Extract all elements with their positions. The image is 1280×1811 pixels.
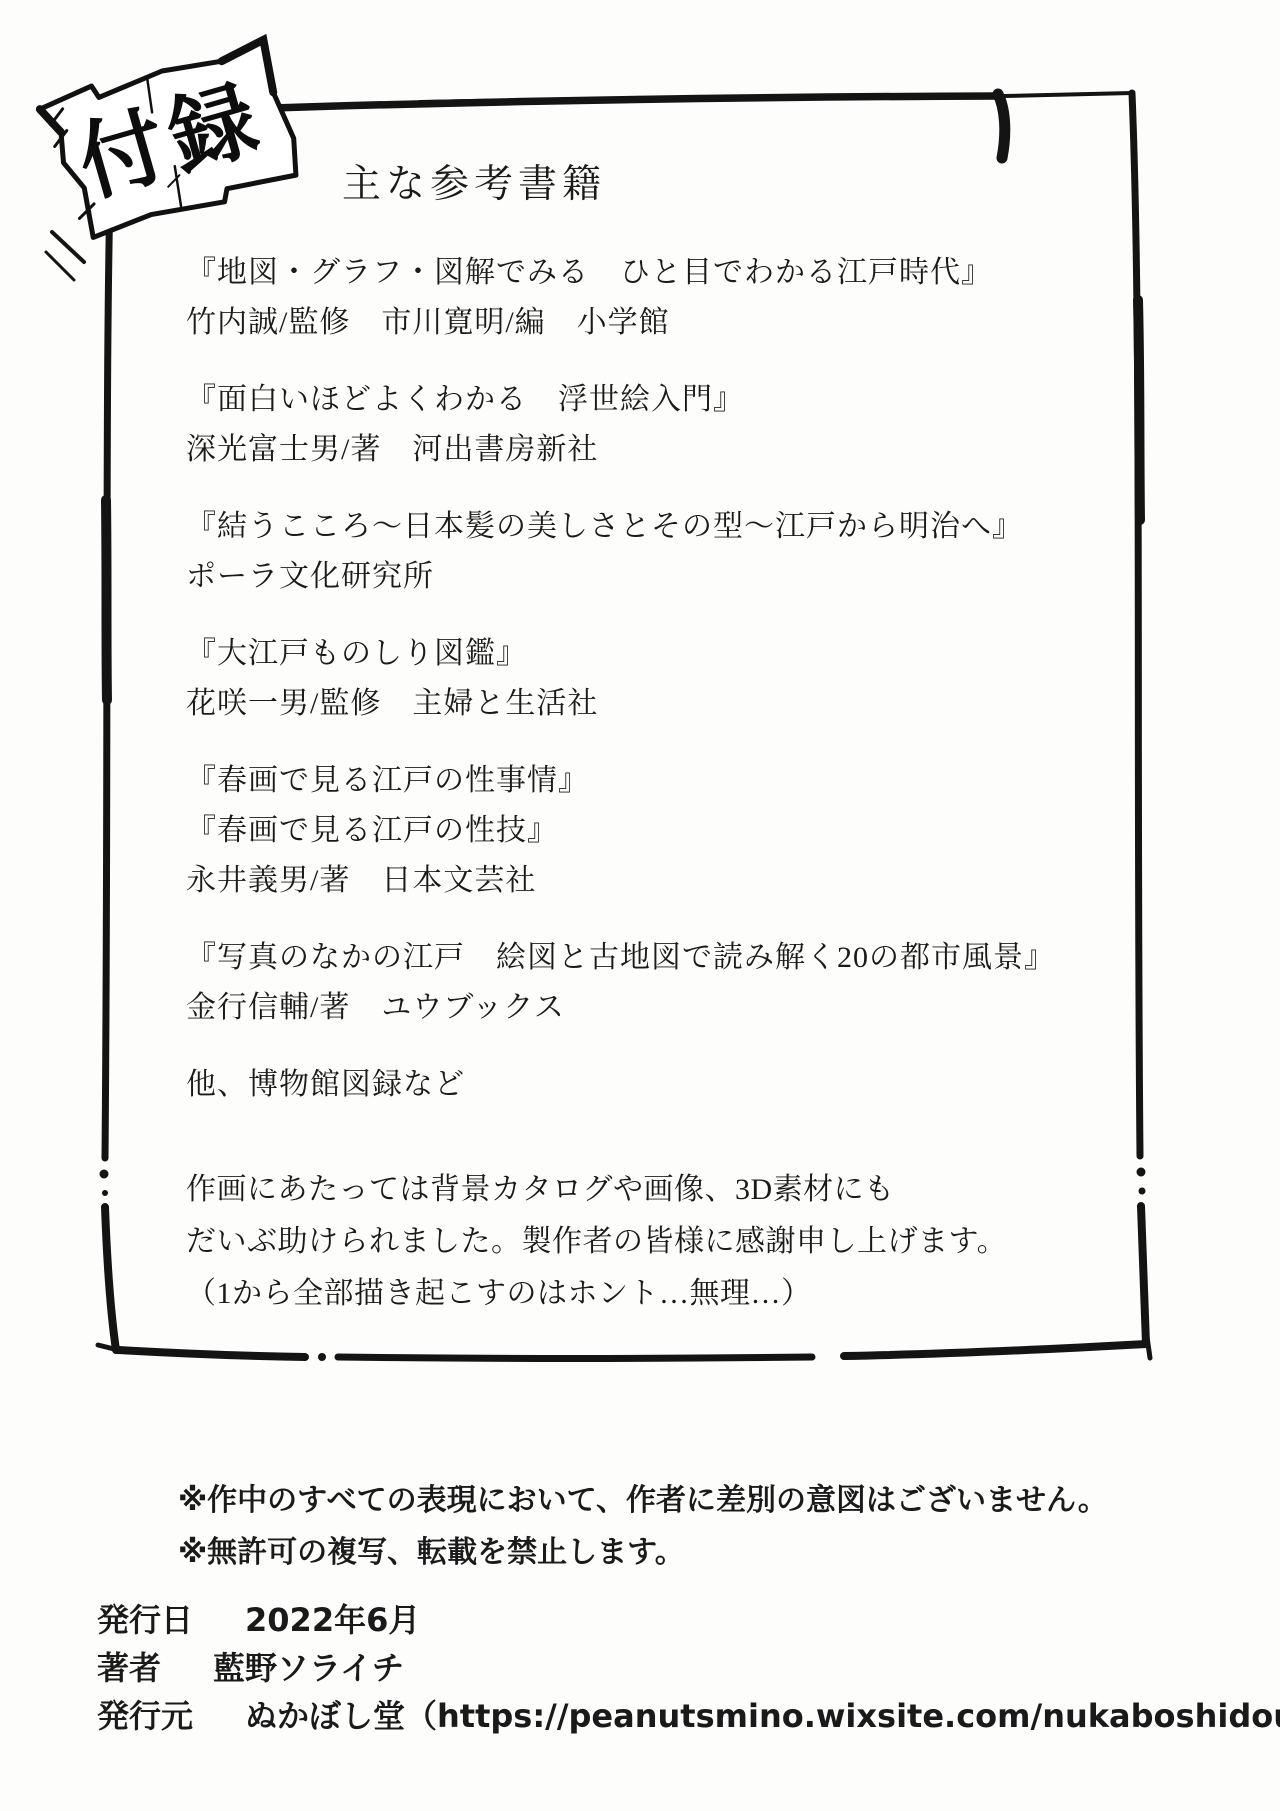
reference-entry: 『面白いほどよくわかる 浮世絵入門』 深光富士男/著 河出書房新社 <box>186 375 744 475</box>
book-credit: 花咲一男/監修 主婦と生活社 <box>186 679 598 729</box>
reference-entry: 『結うこころ～日本髪の美しさとその型～江戸から明治へ』 ポーラ文化研究所 <box>186 502 1023 602</box>
book-title: 『地図・グラフ・図解でみる ひと目でわかる江戸時代』 <box>186 248 992 298</box>
book-title: 『写真のなかの江戸 絵図と古地図で読み解く20の都市風景』 <box>186 933 1055 983</box>
disclaimer-line: ※作中のすべての表現において、作者に差別の意図はございません。 <box>178 1475 1108 1527</box>
book-title: 『春画で見る江戸の性事情』 <box>186 756 589 806</box>
book-credit: 深光富士男/著 河出書房新社 <box>186 425 744 475</box>
colophon-page: 付録 主な参考書籍 『地図・グラフ・図解でみる ひと目でわかる江戸時代』 竹内誠… <box>0 0 1280 1811</box>
publisher-label: 発行元 <box>97 1692 193 1740</box>
page-title: 主な参考書籍 <box>342 162 606 208</box>
book-credit: 永井義男/著 日本文芸社 <box>186 856 589 906</box>
book-credit: 竹内誠/監修 市川寛明/編 小学館 <box>186 298 992 348</box>
author-row: 著者 藍野ソライチ <box>97 1644 1280 1692</box>
author-label: 著者 <box>97 1644 161 1692</box>
book-title: 『面白いほどよくわかる 浮世絵入門』 <box>186 375 744 425</box>
appendix-tag: 付録 <box>38 36 306 243</box>
acknowledgment-line: だいぶ助けられました。製作者の皆様に感謝申し上げます。 <box>186 1216 1007 1268</box>
acknowledgment-line: 作画にあたっては背景カタログや画像、3D素材にも <box>186 1164 1007 1216</box>
disclaimers: ※作中のすべての表現において、作者に差別の意図はございません。 ※無許可の複写、… <box>178 1475 1108 1579</box>
reference-entry: 『春画で見る江戸の性事情』 『春画で見る江戸の性技』 永井義男/著 日本文芸社 <box>186 756 589 906</box>
acknowledgment-line: （1から全部描き起こすのはホント…無理…） <box>186 1268 1007 1320</box>
appendix-tag-label: 付録 <box>68 67 276 215</box>
book-credit: ポーラ文化研究所 <box>186 552 1023 602</box>
disclaimer-line: ※無許可の複写、転載を禁止します。 <box>178 1527 1108 1579</box>
publisher-row: 発行元 ぬかぼし堂（https://peanutsmino.wixsite.co… <box>97 1692 1280 1740</box>
colophon: 発行日 2022年6月 著者 藍野ソライチ 発行元 ぬかぼし堂（https://… <box>97 1596 1280 1740</box>
publication-date-value: 2022年6月 <box>245 1596 420 1644</box>
other-sources-note: 他、博物館図録など <box>186 1060 465 1110</box>
reference-entry: 『地図・グラフ・図解でみる ひと目でわかる江戸時代』 竹内誠/監修 市川寛明/編… <box>186 248 992 348</box>
reference-entry: 『大江戸ものしり図鑑』 花咲一男/監修 主婦と生活社 <box>186 629 598 729</box>
reference-entry: 『写真のなかの江戸 絵図と古地図で読み解く20の都市風景』 金行信輔/著 ユウブ… <box>186 933 1055 1033</box>
publisher-value: ぬかぼし堂（https://peanutsmino.wixsite.com/nu… <box>245 1692 1280 1740</box>
book-title: 『春画で見る江戸の性技』 <box>186 806 589 856</box>
book-title: 『結うこころ～日本髪の美しさとその型～江戸から明治へ』 <box>186 502 1023 552</box>
publication-date-row: 発行日 2022年6月 <box>97 1596 1280 1644</box>
book-title: 『大江戸ものしり図鑑』 <box>186 629 598 679</box>
author-value: 藍野ソライチ <box>213 1644 404 1692</box>
acknowledgment: 作画にあたっては背景カタログや画像、3D素材にも だいぶ助けられました。製作者の… <box>186 1164 1007 1320</box>
book-credit: 金行信輔/著 ユウブックス <box>186 983 1055 1033</box>
publication-date-label: 発行日 <box>97 1596 193 1644</box>
